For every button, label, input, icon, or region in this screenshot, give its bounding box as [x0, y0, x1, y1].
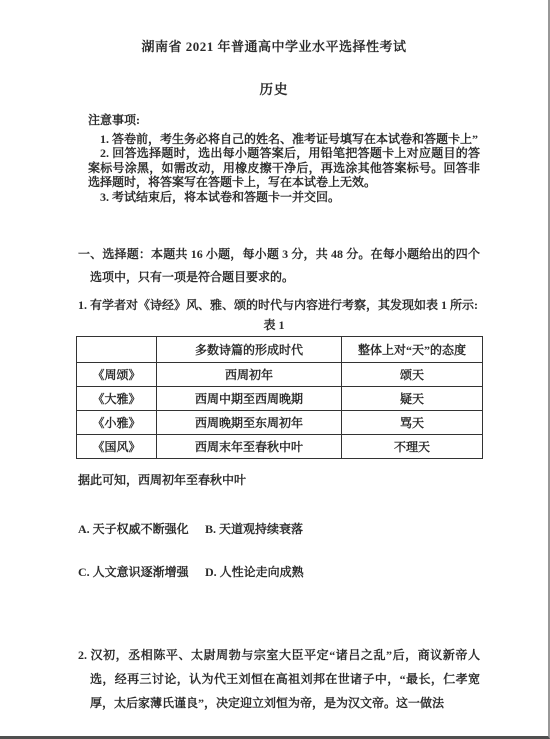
- table-cell-work: 《周颂》: [77, 362, 157, 386]
- table-cell-era: 西周初年: [157, 362, 342, 386]
- exam-paper-page: 湖南省 2021 年普通高中学业水平选择性考试 历史 注意事项: 1. 答卷前，…: [0, 0, 550, 739]
- table-cell-attitude: 骂天: [342, 410, 483, 434]
- option-a: A. 天子权威不断强化: [78, 520, 205, 537]
- options-row-cd: C. 人文意识逐渐增强D. 人性论走向成熟: [78, 563, 548, 580]
- table-row: 《小雅》 西周晚期至东周初年 骂天: [77, 410, 483, 434]
- table-cell-era: 西周中期至西周晚期: [157, 386, 342, 410]
- question-1-conclusion: 据此可知，西周初年至春秋中叶: [78, 471, 480, 488]
- table-row: 《国风》 西周末年至春秋中叶 不理天: [77, 434, 483, 458]
- options-row-ab: A. 天子权威不断强化B. 天道观持续衰落: [78, 520, 548, 537]
- table-cell-work: 《大雅》: [77, 386, 157, 410]
- table-header-era: 多数诗篇的形成时代: [157, 336, 342, 362]
- table-cell-attitude: 颂天: [342, 362, 483, 386]
- table-cell-era: 西周晚期至东周初年: [157, 410, 342, 434]
- option-c-text: 人文意识逐渐增强: [93, 565, 189, 579]
- question-2-stem: 2. 汉初，丞相陈平、太尉周勃与宗室大臣平定“诸吕之乱”后，商议新帝人选，经再三…: [78, 643, 480, 715]
- table-header-work: [77, 336, 157, 362]
- table-cell-attitude: 不理天: [342, 434, 483, 458]
- table-header-attitude: 整体上对“天”的态度: [342, 336, 483, 362]
- table-cell-work: 《国风》: [77, 434, 157, 458]
- notice-section: 注意事项: 1. 答卷前，考生务必将自己的姓名、准考证号填写在本试卷和答题卡上”…: [88, 113, 480, 205]
- exam-subject: 历史: [0, 78, 548, 98]
- notice-item-2: 2. 回答选择题时，选出每小题答案后，用铅笔把答题卡上对应题目的答案标号涂黑，如…: [88, 146, 480, 190]
- option-c: C. 人文意识逐渐增强: [78, 563, 205, 580]
- notice-item-3: 3. 考试结束后，将本试卷和答题卡一并交回。: [88, 190, 480, 205]
- notice-item-1: 1. 答卷前，考生务必将自己的姓名、准考证号填写在本试卷和答题卡上”: [88, 132, 480, 147]
- option-d-label: D.: [205, 565, 217, 579]
- section-heading: 一、选择题：本题共 16 小题，每小题 3 分，共 48 分。在每小题给出的四个…: [78, 243, 480, 289]
- table-header-row: 多数诗篇的形成时代 整体上对“天”的态度: [77, 336, 483, 362]
- option-b-text: 天道观持续衰落: [219, 522, 303, 536]
- question-1-stem: 1. 有学者对《诗经》风、雅、颂的时代与内容进行考察，其发现如表 1 所示:: [78, 296, 480, 314]
- table-caption: 表 1: [0, 316, 548, 333]
- option-d-text: 人性论走向成熟: [220, 565, 304, 579]
- table-cell-attitude: 疑天: [342, 386, 483, 410]
- table-cell-work: 《小雅》: [77, 410, 157, 434]
- option-b: B. 天道观持续衰落: [205, 522, 303, 536]
- notice-heading: 注意事项:: [88, 113, 480, 128]
- option-b-label: B.: [205, 522, 216, 536]
- table-row: 《大雅》 西周中期至西周晚期 疑天: [77, 386, 483, 410]
- table-row: 《周颂》 西周初年 颂天: [77, 362, 483, 386]
- exam-title: 湖南省 2021 年普通高中学业水平选择性考试: [0, 0, 548, 55]
- option-c-label: C.: [78, 565, 90, 579]
- option-a-text: 天子权威不断强化: [93, 522, 189, 536]
- poetry-table: 多数诗篇的形成时代 整体上对“天”的态度 《周颂》 西周初年 颂天 《大雅》 西…: [76, 336, 483, 459]
- table-cell-era: 西周末年至春秋中叶: [157, 434, 342, 458]
- option-a-label: A.: [78, 522, 90, 536]
- option-d: D. 人性论走向成熟: [205, 565, 304, 579]
